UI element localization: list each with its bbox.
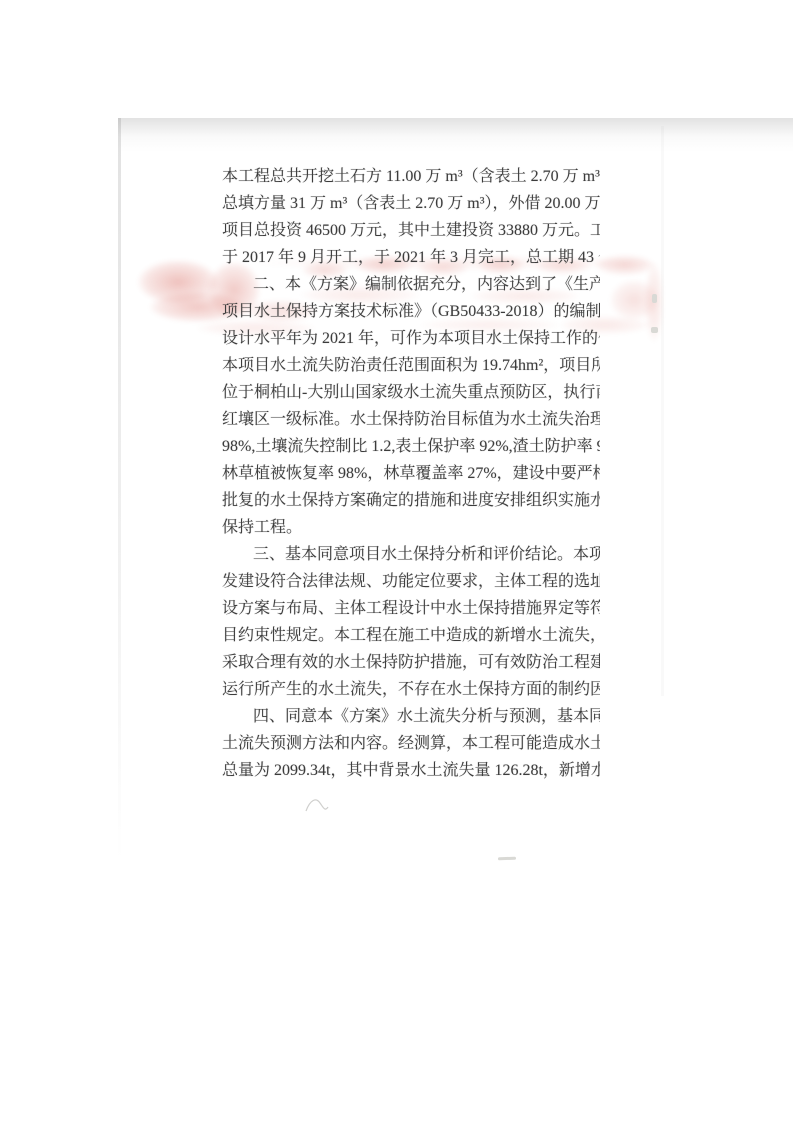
text-line: 林草植被恢复率 98%，林草覆盖率 27%，建设中要严格按照 <box>222 460 600 487</box>
text-line: 土流失预测方法和内容。经测算，本工程可能造成水土流失 <box>222 730 600 757</box>
text-line: 总填方量 31 万 m³（含表土 2.70 万 m³），外借 20.00 万 m… <box>222 190 600 217</box>
text-line: 98%,土壤流失控制比 1.2,表土保护率 92%,渣土防护率 98%, <box>222 433 600 460</box>
text-line: 本工程总共开挖土石方 11.00 万 m³（含表土 2.70 万 m³）， <box>222 163 600 190</box>
text-line: 位于桐柏山-大别山国家级水土流失重点预防区，执行南方 <box>222 379 600 406</box>
text-line: 发建设符合法律法规、功能定位要求，主体工程的选址、建 <box>222 568 600 595</box>
text-line: 四、同意本《方案》水土流失分析与预测，基本同意水 <box>222 703 600 730</box>
text-line: 目约束性规定。本工程在施工中造成的新增水土流失，通过 <box>222 622 600 649</box>
text-line: 项目水土保持方案技术标准》（GB50433-2018）的编制要求， <box>222 298 600 325</box>
text-line: 采取合理有效的水土保持防护措施，可有效防治工程建设和 <box>222 649 600 676</box>
text-line: 于 2017 年 9 月开工，于 2021 年 3 月完工，总工期 43 个月。 <box>222 244 600 271</box>
document-text: 本工程总共开挖土石方 11.00 万 m³（含表土 2.70 万 m³），总填方… <box>222 163 600 784</box>
text-line: 设计水平年为 2021 年，可作为本项目水土保持工作的依据， <box>222 325 600 352</box>
text-line: 设方案与布局、主体工程设计中水土保持措施界定等符合项 <box>222 595 600 622</box>
text-line: 本项目水土流失防治责任范围面积为 19.74hm²，项目所在地 <box>222 352 600 379</box>
text-line: 运行所产生的水土流失，不存在水土保持方面的制约因素。 <box>222 676 600 703</box>
text-line: 三、基本同意项目水土保持分析和评价结论。本项目开 <box>222 541 600 568</box>
text-line: 二、本《方案》编制依据充分，内容达到了《生产建设 <box>222 271 600 298</box>
text-line: 批复的水土保持方案确定的措施和进度安排组织实施水土 <box>222 487 600 514</box>
text-line: 红壤区一级标准。水土保持防治目标值为水土流失治理度 <box>222 406 600 433</box>
text-line: 总量为 2099.34t，其中背景水土流失量 126.28t，新增水土 <box>222 757 600 784</box>
text-line: 保持工程。 <box>222 514 600 541</box>
text-line: 项目总投资 46500 万元，其中土建投资 33880 万元。工程已 <box>222 217 600 244</box>
